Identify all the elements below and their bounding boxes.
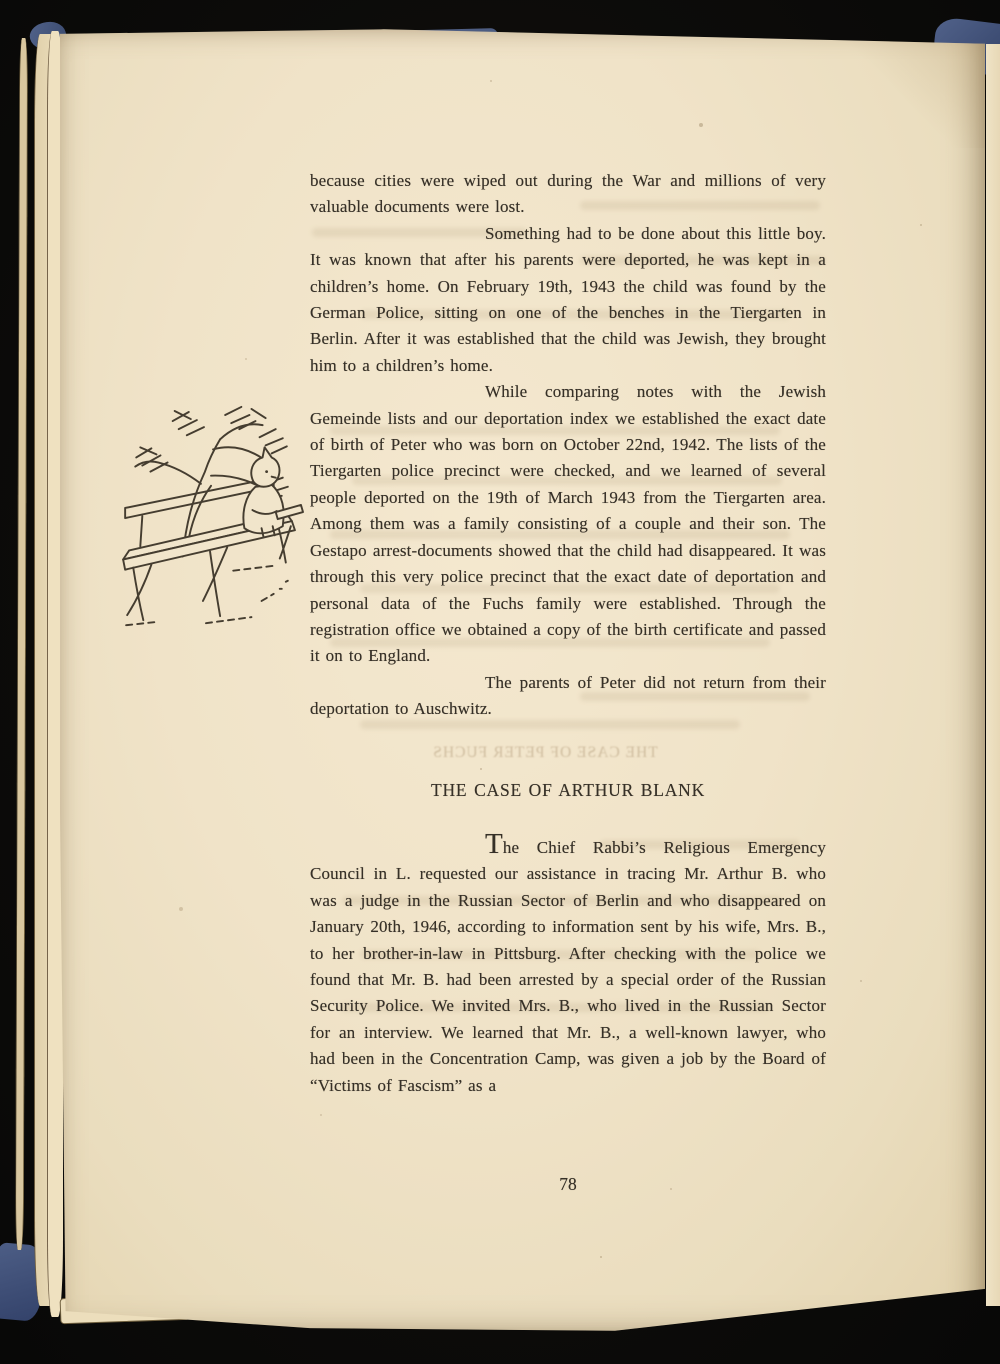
child	[243, 447, 303, 537]
bench-drawing-svg	[112, 386, 304, 632]
body-paragraph: because cities were wiped out during the…	[310, 168, 826, 221]
body-paragraph: The parents of Peter did not return from…	[310, 670, 826, 723]
book-page: THE CASE OF PETER FUCHS	[60, 28, 985, 1336]
body-paragraph: The Chief Rabbi’s Religious Emergency Co…	[310, 830, 826, 1099]
child-on-bench-illustration	[112, 386, 304, 632]
page-corner-crease	[835, 38, 985, 148]
ground-marks	[126, 566, 288, 626]
body-paragraph: Something had to be done about this litt…	[310, 221, 826, 379]
section-heading: THE CASE OF ARTHUR BLANK	[310, 777, 826, 803]
body-paragraph: While comparing notes with the Jewish Ge…	[310, 379, 826, 669]
page-number: 78	[310, 1174, 826, 1195]
text-column: because cities were wiped out during the…	[310, 168, 826, 1099]
next-page-edge	[986, 44, 1000, 1306]
